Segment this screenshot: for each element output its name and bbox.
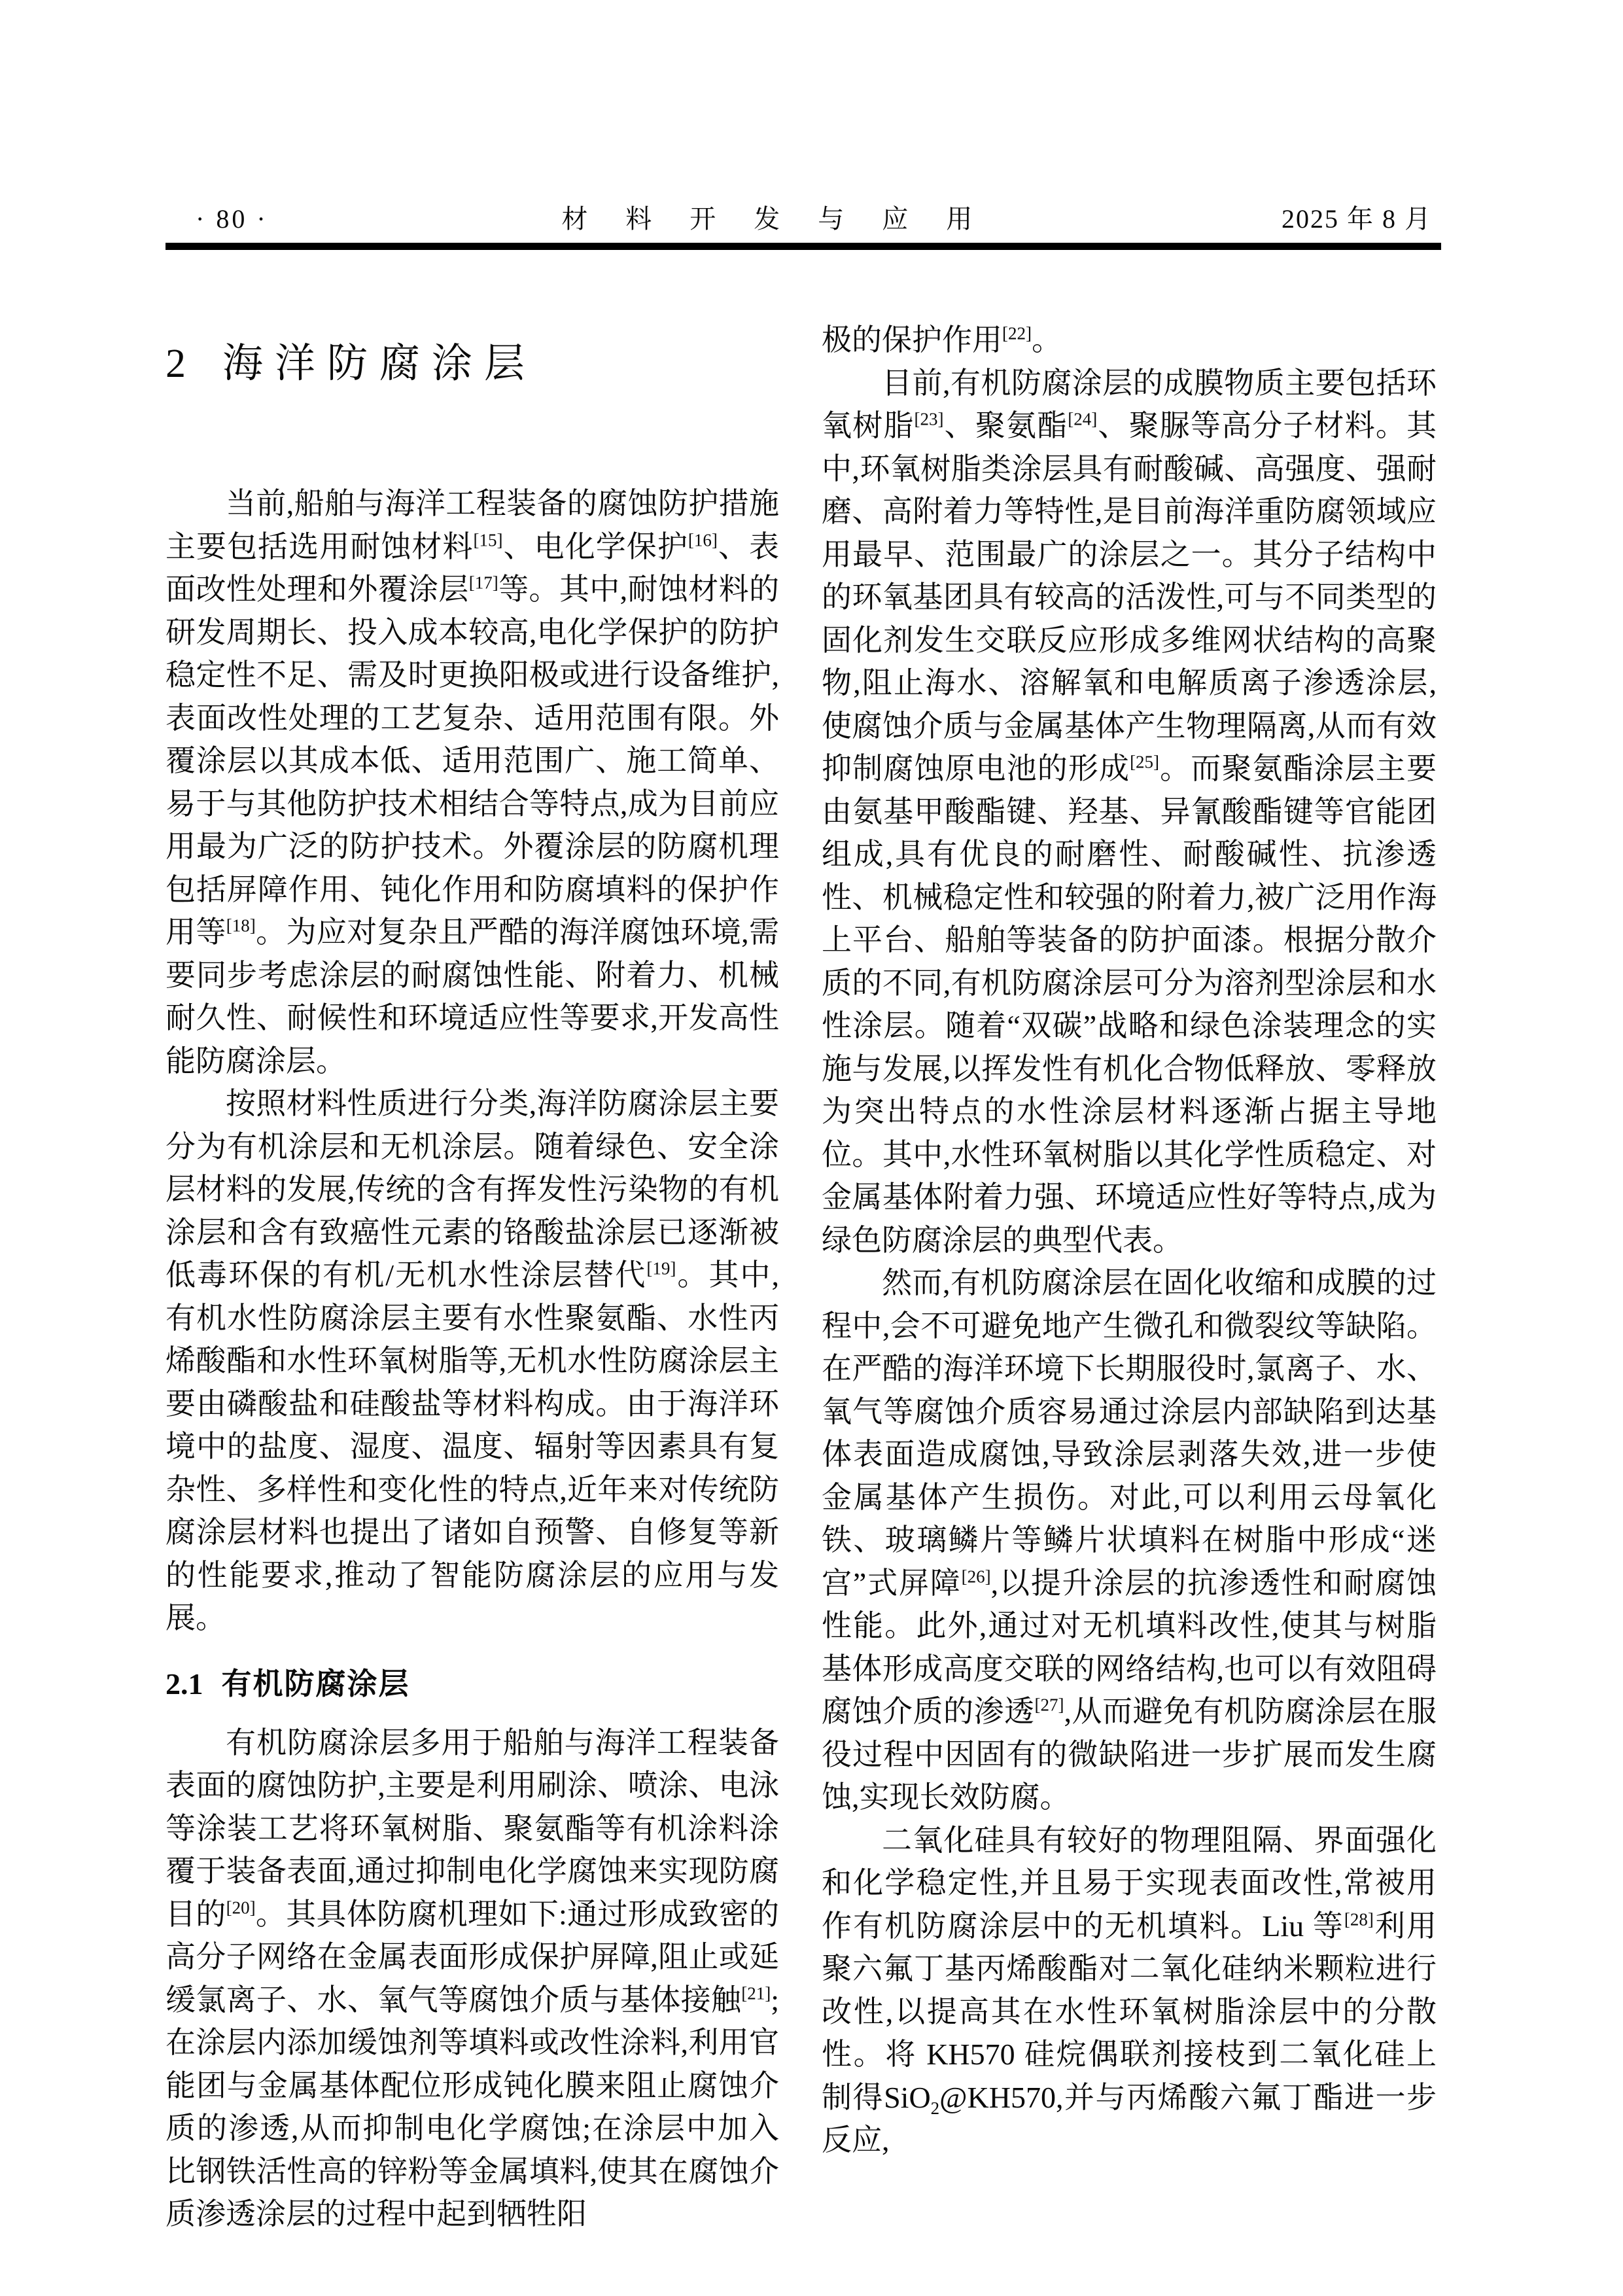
journal-page: · 80 · 材 料 开 发 与 应 用 2025 年 8 月 2海洋防腐涂层 … <box>0 0 1623 2296</box>
section-heading: 2海洋防腐涂层 <box>166 340 779 387</box>
paragraph-continuation: 极的保护作用[22]。 <box>822 319 1437 362</box>
right-column: 极的保护作用[22]。 目前,有机防腐涂层的成膜物质主要包括环氧树脂[23]、聚… <box>822 319 1437 2162</box>
journal-title: 材 料 开 发 与 应 用 <box>561 204 988 234</box>
paragraph: 有机防腐涂层多用于船舶与海洋工程装备表面的腐蚀防护,主要是利用刷涂、喷涂、电泳等… <box>166 1722 779 2236</box>
paragraph: 目前,有机防腐涂层的成膜物质主要包括环氧树脂[23]、聚氨酯[24]、聚脲等高分… <box>822 362 1437 1262</box>
issue-date: 2025 年 8 月 <box>1282 204 1432 234</box>
page-number: · 80 · <box>196 204 268 234</box>
paragraph: 当前,船舶与海洋工程装备的腐蚀防护措施主要包括选用耐蚀材料[15]、电化学保护[… <box>166 482 779 1082</box>
subsection-number: 2.1 <box>166 1667 203 1701</box>
paragraph: 二氧化硅具有较好的物理阻隔、界面强化和化学稳定性,并且易于实现表面改性,常被用作… <box>822 1819 1437 2162</box>
section-number: 2 <box>166 342 186 386</box>
left-column: 2海洋防腐涂层 当前,船舶与海洋工程装备的腐蚀防护措施主要包括选用耐蚀材料[15… <box>166 319 779 2236</box>
subsection-title: 有机防腐涂层 <box>222 1667 410 1701</box>
running-head: · 80 · 材 料 开 发 与 应 用 2025 年 8 月 <box>166 204 1441 234</box>
subsection-heading: 2.1有机防腐涂层 <box>166 1662 779 1706</box>
paragraph: 然而,有机防腐涂层在固化收缩和成膜的过程中,会不可避免地产生微孔和微裂纹等缺陷。… <box>822 1262 1437 1819</box>
header-rule <box>166 243 1441 250</box>
section-title: 海洋防腐涂层 <box>222 342 536 386</box>
paragraph: 按照材料性质进行分类,海洋防腐涂层主要分为有机涂层和无机涂层。随着绿色、安全涂层… <box>166 1082 779 1640</box>
